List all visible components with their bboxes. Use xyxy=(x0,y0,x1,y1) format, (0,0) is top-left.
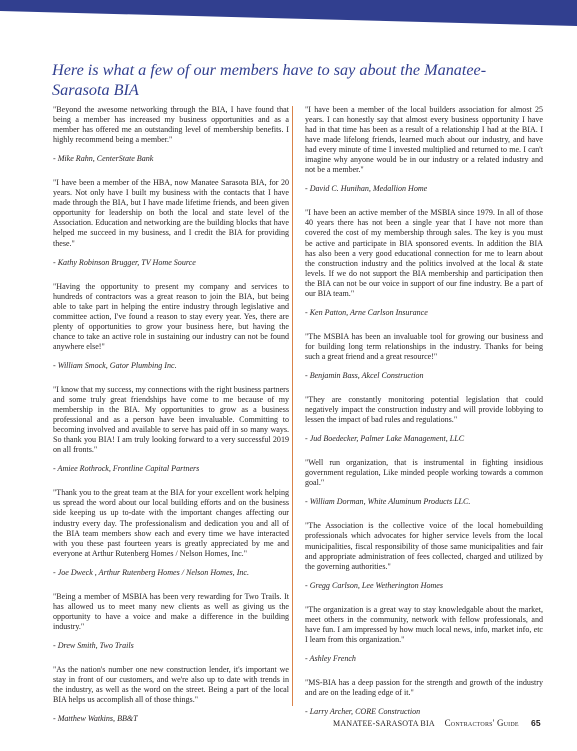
footer-organization: Manatee-Sarasota BIA xyxy=(333,719,434,728)
page-number: 65 xyxy=(531,718,541,728)
testimonial-attribution: - Drew Smith, Two Trails xyxy=(53,641,289,651)
testimonial-quote: "Well run organization, that is instrume… xyxy=(305,458,543,488)
testimonial-attribution: - David C. Hunihan, Medallion Home xyxy=(305,184,543,194)
page-footer: Manatee-Sarasota BIA Contractors' Guide … xyxy=(333,718,541,728)
testimonial: "Thank you to the great team at the BIA … xyxy=(53,488,289,577)
testimonial: "As the nation's number one new construc… xyxy=(53,665,289,724)
column-divider xyxy=(292,106,293,706)
testimonial: "They are constantly monitoring potentia… xyxy=(305,395,543,444)
testimonial-attribution: - William Smock, Gator Plumbing Inc. xyxy=(53,361,289,371)
page-title: Here is what a few of our members have t… xyxy=(52,60,522,100)
testimonial-quote: "I have been an active member of the MSB… xyxy=(305,208,543,298)
testimonials-left-column: "Beyond the awesome networking through t… xyxy=(53,105,289,738)
testimonial-attribution: - William Dorman, White Aluminum Product… xyxy=(305,497,543,507)
testimonial-quote: "I have been a member of the local build… xyxy=(305,105,543,175)
testimonial-quote: "Beyond the awesome networking through t… xyxy=(53,105,289,145)
testimonial-attribution: - Mike Rahn, CenterState Bank xyxy=(53,154,289,164)
testimonial-attribution: - Benjamin Bass, Akcel Construction xyxy=(305,371,543,381)
testimonial-quote: "Having the opportunity to present my co… xyxy=(53,282,289,352)
testimonial: "The Association is the collective voice… xyxy=(305,521,543,590)
testimonial-quote: "I have been a member of the HBA, now Ma… xyxy=(53,178,289,248)
testimonial-attribution: - Kathy Robinson Brugger, TV Home Source xyxy=(53,258,289,268)
testimonial-quote: "MS-BIA has a deep passion for the stren… xyxy=(305,678,543,698)
testimonial: "I have been a member of the HBA, now Ma… xyxy=(53,178,289,267)
testimonial-quote: "As the nation's number one new construc… xyxy=(53,665,289,705)
testimonial-attribution: - Amiee Rothrock, Frontline Capital Part… xyxy=(53,464,289,474)
testimonial-attribution: - Joe Dweck , Arthur Rutenberg Homes / N… xyxy=(53,568,289,578)
testimonial: "Well run organization, that is instrume… xyxy=(305,458,543,507)
testimonial-quote: "They are constantly monitoring potentia… xyxy=(305,395,543,425)
testimonial: "Being a member of MSBIA has been very r… xyxy=(53,592,289,651)
testimonial-quote: "I know that my success, my connections … xyxy=(53,385,289,455)
testimonial: "Beyond the awesome networking through t… xyxy=(53,105,289,164)
testimonial: "I know that my success, my connections … xyxy=(53,385,289,474)
testimonial-attribution: - Larry Archer, CORE Construction xyxy=(305,707,543,717)
testimonial: "Having the opportunity to present my co… xyxy=(53,282,289,371)
testimonial: "I have been an active member of the MSB… xyxy=(305,208,543,317)
testimonial-quote: "The MSBIA has been an invaluable tool f… xyxy=(305,332,543,362)
testimonial-quote: "The organization is a great way to stay… xyxy=(305,605,543,645)
footer-publication: Contractors' Guide xyxy=(445,718,519,728)
testimonial-quote: "Thank you to the great team at the BIA … xyxy=(53,488,289,558)
testimonial-quote: "The Association is the collective voice… xyxy=(305,521,543,571)
testimonial: "The MSBIA has been an invaluable tool f… xyxy=(305,332,543,381)
testimonial-quote: "Being a member of MSBIA has been very r… xyxy=(53,592,289,632)
testimonial-attribution: - Jud Boedecker, Palmer Lake Management,… xyxy=(305,434,543,444)
header-band xyxy=(0,0,577,28)
testimonial: "The organization is a great way to stay… xyxy=(305,605,543,664)
testimonial-attribution: - Gregg Carlson, Lee Wetherington Homes xyxy=(305,581,543,591)
testimonial-attribution: - Ken Patton, Arne Carlson Insurance xyxy=(305,308,543,318)
testimonial: "MS-BIA has a deep passion for the stren… xyxy=(305,678,543,717)
testimonials-right-column: "I have been a member of the local build… xyxy=(305,105,543,731)
testimonial: "I have been a member of the local build… xyxy=(305,105,543,194)
testimonial-attribution: - Matthew Watkins, BB&T xyxy=(53,714,289,724)
testimonial-attribution: - Ashley French xyxy=(305,654,543,664)
